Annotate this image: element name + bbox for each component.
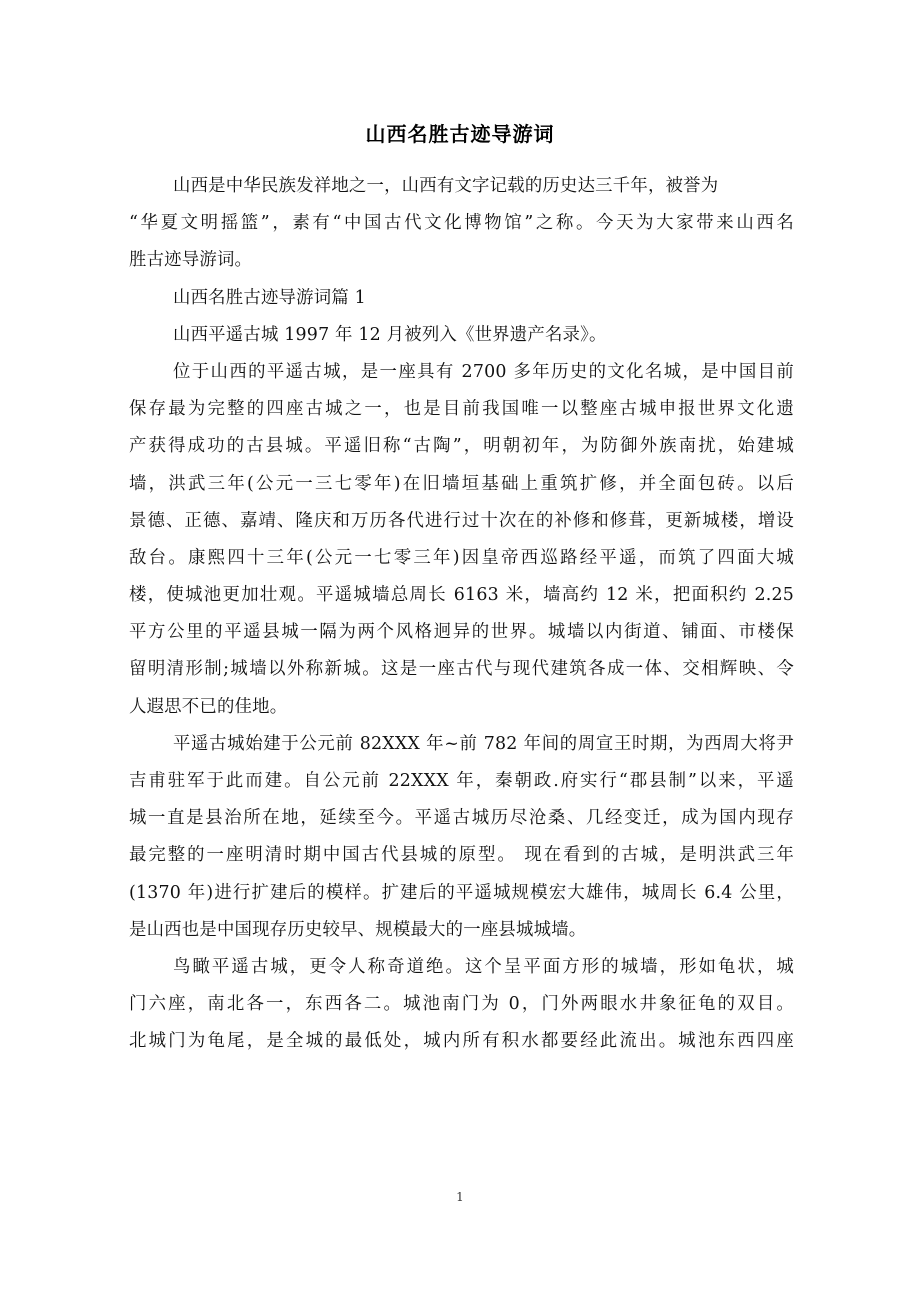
document-body: 山西是中华民族发祥地之一，山西有文字记载的历史达三千年，被誉为“华夏文明摇篮”，…	[129, 168, 794, 1061]
text-line: 北城门为龟尾，是全城的最低处，城内所有积水都要经此流出。城池东西四座	[129, 1023, 794, 1060]
text-line: 敌台。康熙四十三年(公元一七零三年)因皇帝西巡路经平遥，而筑了四面大城	[129, 540, 794, 577]
text-line: 山西名胜古迹导游词篇 1	[129, 280, 794, 317]
text-line: 胜古迹导游词。	[129, 242, 794, 279]
document-title: 山西名胜古迹导游词	[0, 118, 920, 147]
text-line: 山西是中华民族发祥地之一，山西有文字记载的历史达三千年，被誉为	[129, 168, 794, 205]
text-line: 景德、正德、嘉靖、隆庆和万历各代进行过十次在的补修和修葺，更新城楼，增设	[129, 503, 794, 540]
text-line: 是山西也是中国现存历史较早、规模最大的一座县城城墙。	[129, 912, 794, 949]
text-line: 城一直是县治所在地，延续至今。平遥古城历尽沧桑、几经变迁，成为国内现存	[129, 800, 794, 837]
text-line: 平遥古城始建于公元前 82XXX 年~前 782 年间的周宣王时期，为西周大将尹	[129, 726, 794, 763]
text-line: 留明清形制;城墙以外称新城。这是一座古代与现代建筑各成一体、交相辉映、令	[129, 651, 794, 688]
page-number: 1	[0, 1190, 920, 1204]
text-line: 人遐思不已的佳地。	[129, 689, 794, 726]
text-line: 保存最为完整的四座古城之一，也是目前我国唯一以整座古城申报世界文化遗	[129, 391, 794, 428]
text-line: “华夏文明摇篮”，素有“中国古代文化博物馆”之称。今天为大家带来山西名	[129, 205, 794, 242]
document-page: 山西名胜古迹导游词 山西是中华民族发祥地之一，山西有文字记载的历史达三千年，被誉…	[0, 0, 920, 1302]
text-line: 鸟瞰平遥古城，更令人称奇道绝。这个呈平面方形的城墙，形如龟状，城	[129, 949, 794, 986]
text-line: 吉甫驻军于此而建。自公元前 22XXX 年，秦朝政.府实行“郡县制”以来，平遥	[129, 763, 794, 800]
text-line: 山西平遥古城 1997 年 12 月被列入《世界遗产名录》。	[129, 317, 794, 354]
text-line: (1370 年)进行扩建后的模样。扩建后的平遥城规模宏大雄伟，城周长 6.4 公…	[129, 875, 794, 912]
text-line: 门六座，南北各一，东西各二。城池南门为 0，门外两眼水井象征龟的双目。	[129, 986, 794, 1023]
text-line: 位于山西的平遥古城，是一座具有 2700 多年历史的文化名城，是中国目前	[129, 354, 794, 391]
text-line: 产获得成功的古县城。平遥旧称“古陶”，明朝初年，为防御外族南扰，始建城	[129, 428, 794, 465]
text-line: 墙，洪武三年(公元一三七零年)在旧墙垣基础上重筑扩修，并全面包砖。以后	[129, 466, 794, 503]
text-line: 最完整的一座明清时期中国古代县城的原型。 现在看到的古城，是明洪武三年	[129, 837, 794, 874]
text-line: 楼，使城池更加壮观。平遥城墙总周长 6163 米，墙高约 12 米，把面积约 2…	[129, 577, 794, 614]
text-line: 平方公里的平遥县城一隔为两个风格迥异的世界。城墙以内街道、铺面、市楼保	[129, 614, 794, 651]
